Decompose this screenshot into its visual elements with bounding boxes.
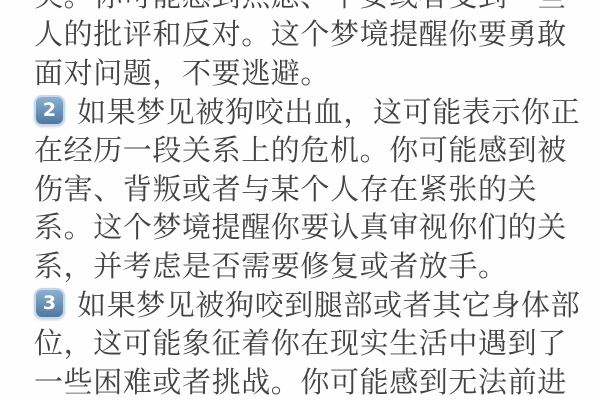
article-page: { "page": { "background_color": "#fefefe…: [0, 0, 600, 400]
article-text-block: 突。你可能感到焦虑、不安或者受到一些人的批评和反对。这个梦境提醒你要勇敢面对问题…: [34, 0, 579, 400]
text-line: 3如果梦见被狗咬到腿部或者其它身体部: [34, 284, 579, 323]
text-line: 在经历一段关系上的危机。你可能感到被: [34, 129, 579, 168]
line-text: 如果梦见被狗咬出血，这可能表示你正: [77, 90, 580, 131]
text-line: 位，这可能象征着你在现实生活中遇到了: [34, 322, 579, 361]
text-line: 人的批评和反对。这个梦境提醒你要勇敢: [34, 14, 579, 53]
text-line: 系，并考虑是否需要修复或者放手。: [34, 245, 579, 284]
line-text: 在经历一段关系上的危机。你可能感到被: [34, 128, 567, 169]
keycap-number-badge-icon: 2: [34, 95, 65, 126]
line-text: 一些困难或者挑战。你可能感到无法前进: [34, 360, 567, 400]
text-line: 系。这个梦境提醒你要认真审视你们的关: [34, 207, 579, 246]
line-text: 系。这个梦境提醒你要认真审视你们的关: [34, 205, 567, 246]
keycap-number-badge-icon: 3: [34, 288, 65, 319]
text-line: 2如果梦见被狗咬出血，这可能表示你正: [34, 91, 579, 130]
text-line: 伤害、背叛或者与某个人存在紧张的关: [34, 168, 579, 207]
line-text: 如果梦见被狗咬到腿部或者其它身体部: [77, 283, 580, 324]
line-text: 位，这可能象征着你在现实生活中遇到了: [34, 321, 567, 362]
text-line: 面对问题，不要逃避。: [34, 52, 579, 91]
line-text: 人的批评和反对。这个梦境提醒你要勇敢: [34, 12, 567, 53]
line-text: 面对问题，不要逃避。: [34, 51, 330, 92]
line-text: 伤害、背叛或者与某个人存在紧张的关: [34, 167, 537, 208]
text-line: 一些困难或者挑战。你可能感到无法前进: [34, 361, 579, 400]
line-text: 系，并考虑是否需要修复或者放手。: [34, 244, 508, 285]
